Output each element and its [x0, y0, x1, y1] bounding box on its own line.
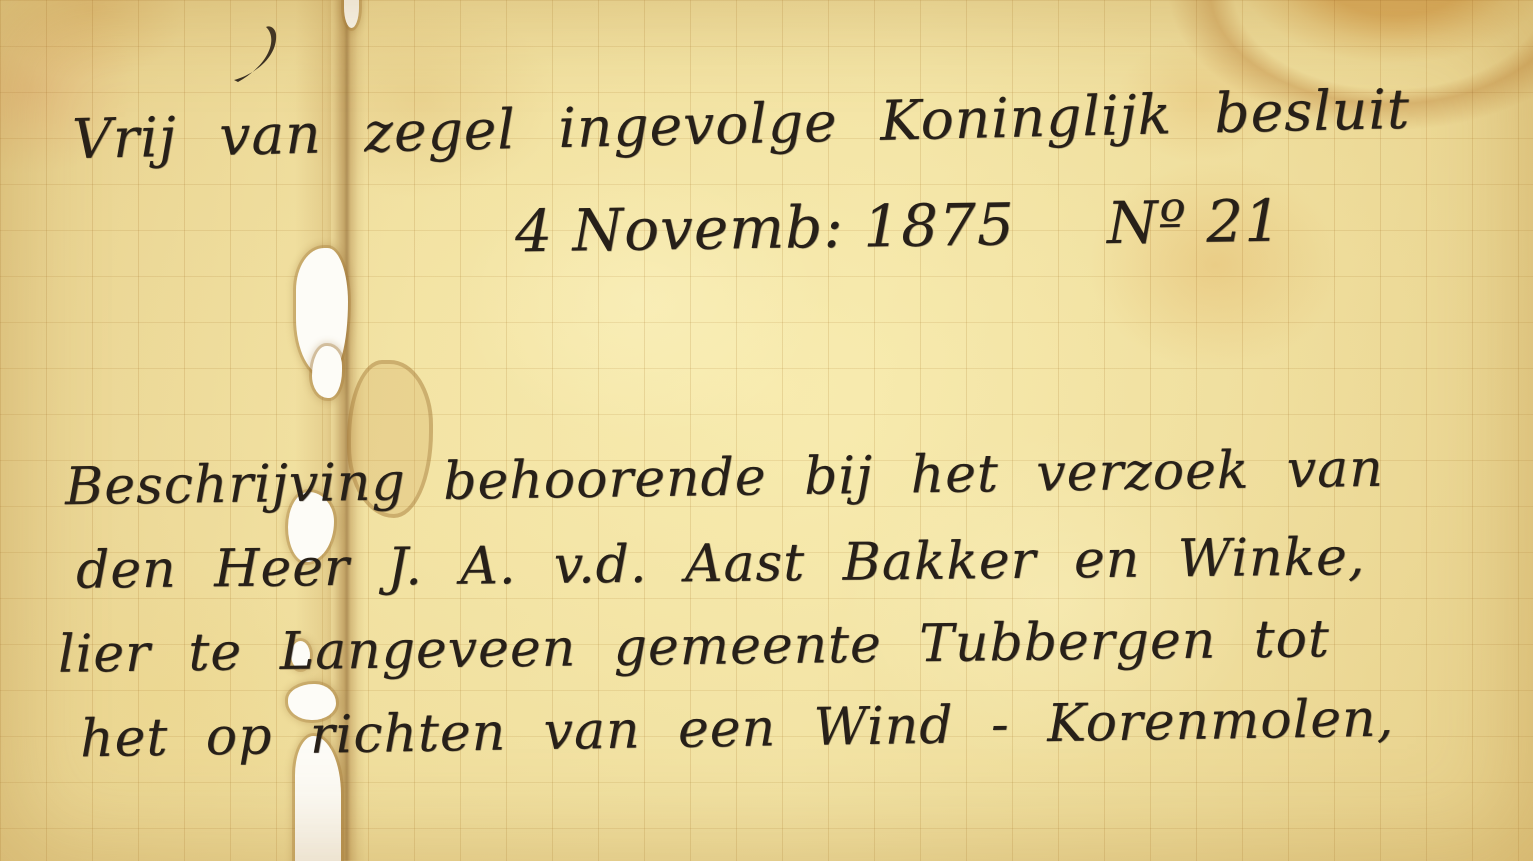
manuscript-page: Vrij van zegel ingevolge Koninglijk besl… — [0, 0, 1533, 861]
page-edge-vignette — [0, 0, 1533, 861]
